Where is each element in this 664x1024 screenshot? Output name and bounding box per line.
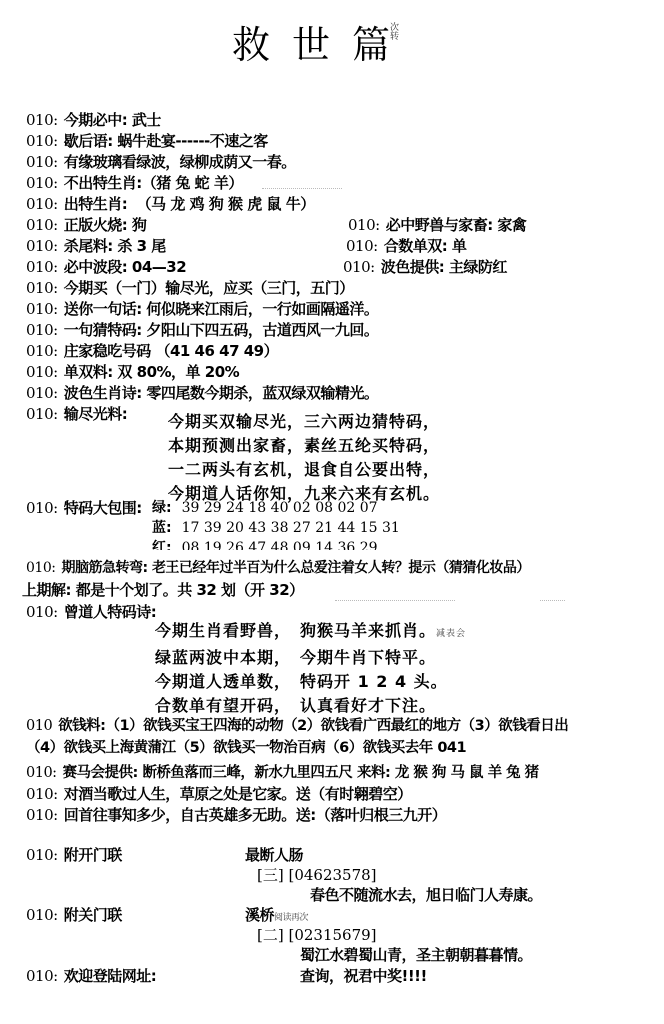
poem-lose-all: 今期买双输尽光，三六两边猜特码， 本期预测出家畜，素丝五纶买特码， 一二两头有玄… <box>168 410 440 506</box>
line-wave-color: 010:波色提供: 主绿防红 <box>343 257 507 277</box>
couplet-open-label: 010:附开门联 <box>26 845 122 865</box>
special-codes-label: 010:特码大包围: <box>26 498 142 518</box>
couplet-open-code: [三] [04623578] <box>257 865 377 885</box>
line-riddle: 010:期脑筋急转弯: 老王已经年过半百为什么总爱注着女人转？提示（猜猜化妆品） <box>26 558 530 578</box>
divider-dots <box>262 188 342 190</box>
poem-line: 今期买双输尽光，三六两边猜特码， <box>168 410 440 434</box>
poem-line: 今期生肖看野兽， 狗猴马羊来抓肖。减表会 <box>155 619 466 646</box>
line-buy-gates: 010:今期买（一门）输尽光，应买（三门，五门） <box>26 278 354 298</box>
couplet-close-label: 010:附关门联 <box>26 905 122 925</box>
divider-dots <box>335 600 455 602</box>
line-special-zodiac: 010:出特生肖: （马 龙 鸡 狗 猴 虎 鼠 牛） <box>26 194 315 214</box>
line-must-win: 010:今期必中: 武士 <box>26 110 161 130</box>
line-wave-range: 010:必中波段: 04—32 <box>26 257 186 277</box>
line-welcome-text: 查询，祝君中奖!!!! <box>300 966 427 986</box>
line-wave-zodiac-poem: 010:波色生肖诗: 零四尾数今期杀，蓝双绿双输精光。 <box>26 383 378 403</box>
couplet-close-text: 蜀江水碧蜀山青，圣主朝朝暮暮情。 <box>300 945 532 965</box>
line-money-material-2: （4）欲钱买上海黄蒲江（5）欲钱买一物治百病（6）欲钱买去年 041 <box>26 738 466 758</box>
poem-line: 绿蓝两波中本期， 今期牛肖下特平。 <box>155 646 466 670</box>
page-title: 救世篇 <box>232 14 412 69</box>
poem-line: 合数单有望开码， 认真看好才下注。 <box>155 694 466 718</box>
line-guess-code: 010:一句猜特码: 夕阳山下四五码，古道西风一九回。 <box>26 320 378 340</box>
line-lose-all: 010:输尽光料: <box>26 404 127 424</box>
line-welcome-label: 010:欢迎登陆网址: <box>26 966 156 986</box>
line-not-special-zodiac: 010:不出特生肖:（猪 兔 蛇 羊） <box>26 173 243 193</box>
line-poem-green: 010:有缘玻璃看绿波，绿柳成荫又一春。 <box>26 152 296 172</box>
line-look-back: 010:回首往事知多少，自古英雄多无助。送:（落叶归根三九开） <box>26 805 446 825</box>
line-banker-numbers: 010:庄家稳吃号码 （41 46 47 49） <box>26 341 278 361</box>
poem-line: 一二两头有玄机，退食自公要出特， <box>168 458 440 482</box>
line-one-sentence: 010:送你一句话: 何似晓来江雨后，一行如画隔遥洋。 <box>26 299 378 319</box>
poem-line: 本期预测出家畜，素丝五纶买特码， <box>168 434 440 458</box>
special-codes-red: 红:08 19 26 47 48 09 14 36 29 <box>152 538 378 558</box>
couplet-open-title: 最断人肠 <box>245 845 303 865</box>
divider-dots <box>540 600 565 602</box>
special-codes-blue: 蓝:17 39 20 43 38 27 21 44 15 31 <box>152 518 400 538</box>
line-kill-tail: 010:杀尾料: 杀 3 尾 <box>26 236 166 256</box>
line-wild-domestic: 010:必中野兽与家畜: 家禽 <box>348 215 526 235</box>
couplet-open-text: 春色不随流水去，旭日临门人寿康。 <box>310 885 542 905</box>
line-drink-song: 010:对酒当歌过人生，草原之处是它家。送（有时翱碧空） <box>26 784 412 804</box>
line-fire-burn: 010:正版火烧: 狗 <box>26 215 146 235</box>
title-note: 次转 <box>390 24 402 42</box>
poem-line: 今期道人透单数， 特码开 1 2 4 头。 <box>155 670 466 694</box>
line-poem2-label: 010:曾道人特码诗: <box>26 602 156 622</box>
couplet-close-code: [二] [02315679] <box>257 925 377 945</box>
special-codes-green: 绿:39 29 24 18 40 02 08 02 07 <box>152 498 378 518</box>
line-odd-even-ratio: 010:单双料: 双 80%，单 20% <box>26 362 239 382</box>
poem-zeng: 今期生肖看野兽， 狗猴马羊来抓肖。减表会 绿蓝两波中本期， 今期牛肖下特平。 今… <box>155 619 466 718</box>
line-odd-even: 010:合数单双: 单 <box>346 236 466 256</box>
line-jockey-club: 010:赛马会提供: 断桥鱼落而三峰，新水九里四五尺 来料: 龙 猴 狗 马 鼠… <box>26 763 539 783</box>
line-xiehouyu: 010:歇后语: 蜗牛赴宴------不速之客 <box>26 131 268 151</box>
line-money-material: 010欲钱料:（1）欲钱买宝王四海的动物（2）欲钱看广西最红的地方（3）欲钱看日… <box>26 716 568 736</box>
line-last-answer: 上期解: 都是十个划了。共 32 划（开 32） <box>22 580 304 600</box>
